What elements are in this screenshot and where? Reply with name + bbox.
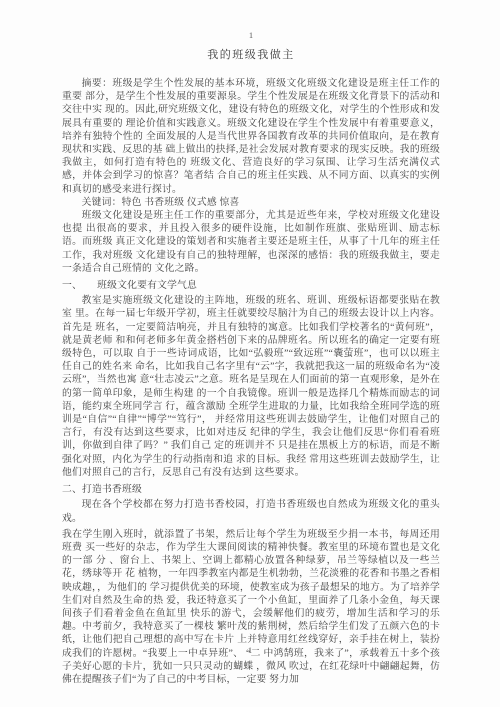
intro-paragraph: 班级文化建设是班主任工作的重要部分，尤其是近些年来，学校对班级文化建设也提 出很… bbox=[62, 209, 440, 275]
abstract-paragraph: 摘要：班级是学生个性发展的基本环境，班级文化班级文化建设是班主任工作的重要 部分… bbox=[62, 77, 440, 196]
section1-paragraph: 教室是实施班级文化建设的主阵地，班级的班名、班训、班级标语都要张贴在教室 里。在… bbox=[62, 294, 440, 479]
keywords-line: 关键词：特色 书香班级 仪式感 惊喜 bbox=[62, 196, 440, 209]
page-number-bottom: 1 bbox=[0, 645, 500, 655]
document-title: 我的班级我做主 bbox=[62, 48, 440, 62]
section-heading-2: 二、打造书香班级 bbox=[62, 483, 440, 496]
section-heading-1: 一、 班级文化要有文学气息 bbox=[62, 279, 440, 292]
section2-body-paragraph: 我在学生刚入班时，就添置了书架，然后让每个学生为班级至少捐一本书，每周还用班费 … bbox=[62, 528, 440, 686]
section2-intro-paragraph: 现在各个学校都在努力打造书香校园，打造书香班级也自然成为班级文化的重头戏。 bbox=[62, 498, 440, 524]
page-number-top: 1 bbox=[62, 30, 440, 40]
document-page: 1 我的班级我做主 摘要：班级是学生个性发展的基本环境，班级文化班级文化建设是班… bbox=[0, 0, 500, 707]
